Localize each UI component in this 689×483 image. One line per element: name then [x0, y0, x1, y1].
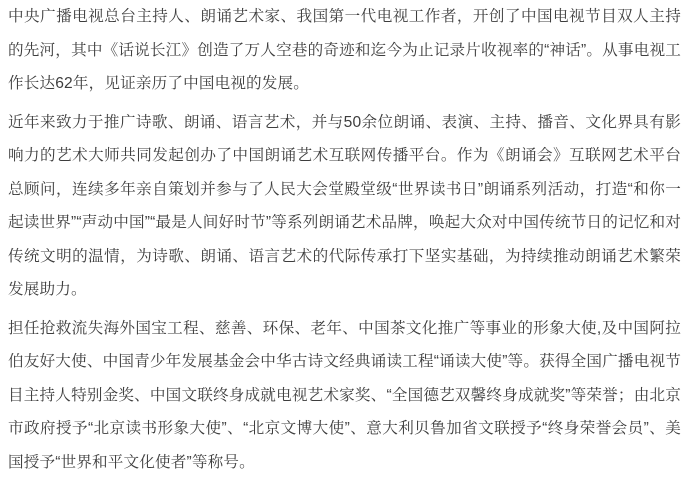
bio-paragraph-career: 中央广播电视总台主持人、朗诵艺术家、我国第一代电视工作者，开创了中国电视节目双人… [8, 0, 681, 101]
article-text: 中央广播电视总台主持人、朗诵艺术家、我国第一代电视工作者，开创了中国电视节目双人… [0, 0, 689, 483]
bio-paragraph-recitation-platform: 近年来致力于推广诗歌、朗诵、语言艺术，并与50余位朗诵、表演、主持、播音、文化界… [8, 106, 681, 307]
bio-paragraph-honors: 担任抢救流失海外国宝工程、慈善、环保、老年、中国茶文化推广等事业的形象大使,及中… [8, 312, 681, 480]
